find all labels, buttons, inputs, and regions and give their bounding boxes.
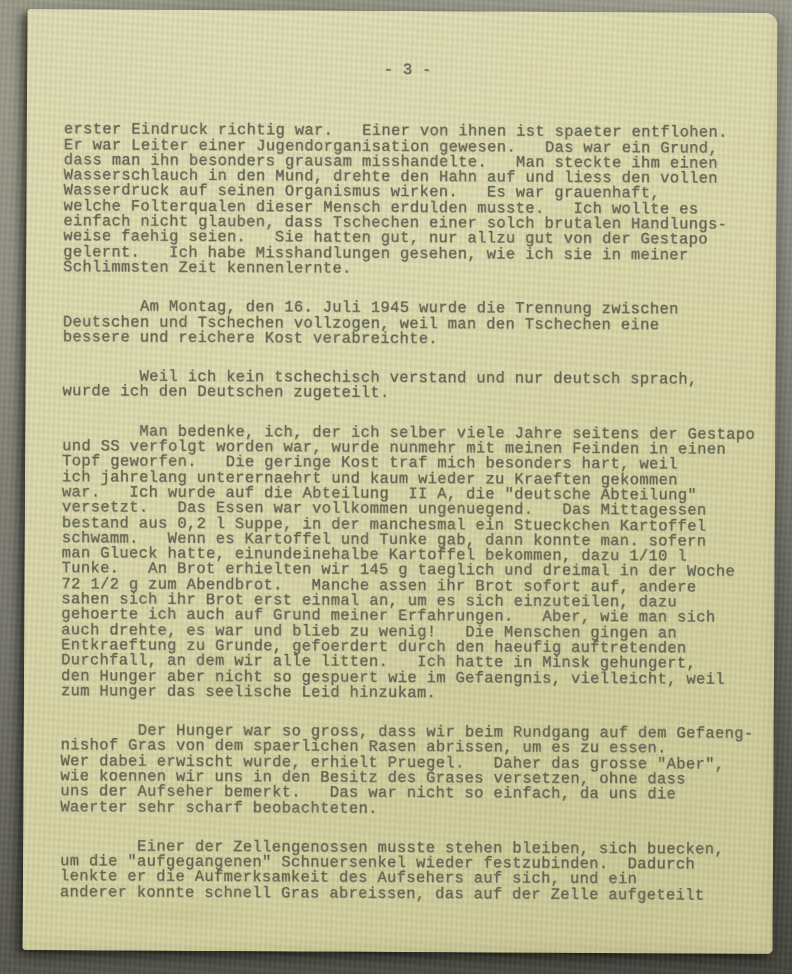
paper-stain bbox=[83, 889, 283, 940]
paragraph-3: Weil ich kein tschechisch verstand und n… bbox=[62, 369, 749, 403]
scanner-background: - 3 - erster Eindruck richtig war. Einer… bbox=[0, 0, 792, 974]
document-body: erster Eindruck richtig war. Einer von i… bbox=[60, 123, 751, 904]
paragraph-2: Am Montag, den 16. Juli 1945 wurde die T… bbox=[63, 299, 750, 348]
paragraph-4: Man bedenke, ich, der ich selber viele J… bbox=[61, 424, 749, 703]
paper-stain bbox=[154, 650, 294, 711]
document-page: - 3 - erster Eindruck richtig war. Einer… bbox=[23, 9, 778, 954]
paragraph-1: erster Eindruck richtig war. Einer von i… bbox=[63, 123, 751, 280]
page-number: - 3 - bbox=[64, 61, 751, 80]
paragraph-5: Der Hunger war so gross, dass wir beim R… bbox=[60, 723, 747, 818]
paragraph-6: Einer der Zellengenossen musste stehen b… bbox=[60, 839, 747, 904]
paper-stain bbox=[506, 192, 666, 263]
